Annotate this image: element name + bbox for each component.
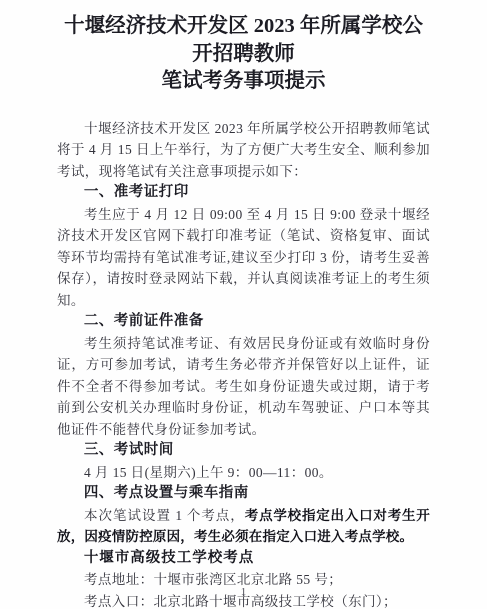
venue-heading: 十堰市高级技工学校考点 bbox=[57, 548, 430, 570]
section-4-text-normal: 本次笔试设置 1 个考点， bbox=[84, 508, 245, 523]
title-line-2: 笔试考务事项提示 bbox=[57, 68, 430, 96]
section-1-paragraph: 考生应于 4 月 12 日 09:00 至 4 月 15 日 9:00 登录十堰… bbox=[57, 204, 430, 312]
section-2-heading: 二、考前证件准备 bbox=[57, 311, 430, 333]
page-title: 十堰经济技术开发区 2023 年所属学校公开招聘教师 笔试考务事项提示 bbox=[57, 13, 430, 96]
section-2-paragraph: 考生须持笔试准考证、有效居民身份证或有效临时身份证，方可参加考试，请考生务必带齐… bbox=[57, 333, 430, 441]
intro-paragraph: 十堰经济技术开发区 2023 年所属学校公开招聘教师笔试将于 4 月 15 日上… bbox=[57, 118, 430, 183]
section-1-heading: 一、准考证打印 bbox=[57, 182, 430, 204]
section-3-paragraph: 4 月 15 日(星期六)上午 9：00—11：00。 bbox=[57, 462, 430, 484]
section-3-heading: 三、考试时间 bbox=[57, 440, 430, 462]
document-body: 十堰经济技术开发区 2023 年所属学校公开招聘教师 笔试考务事项提示 十堰经济… bbox=[0, 0, 487, 609]
page-number: 1 bbox=[0, 586, 487, 598]
document-page: 十堰经济技术开发区 2023 年所属学校公开招聘教师 笔试考务事项提示 十堰经济… bbox=[0, 0, 487, 609]
title-line-1: 十堰经济技术开发区 2023 年所属学校公开招聘教师 bbox=[57, 13, 430, 68]
section-4-heading: 四、考点设置与乘车指南 bbox=[57, 483, 430, 505]
section-4-paragraph: 本次笔试设置 1 个考点，考点学校指定出入口对考生开放，因疫情防控原因，考生必须… bbox=[57, 505, 430, 548]
